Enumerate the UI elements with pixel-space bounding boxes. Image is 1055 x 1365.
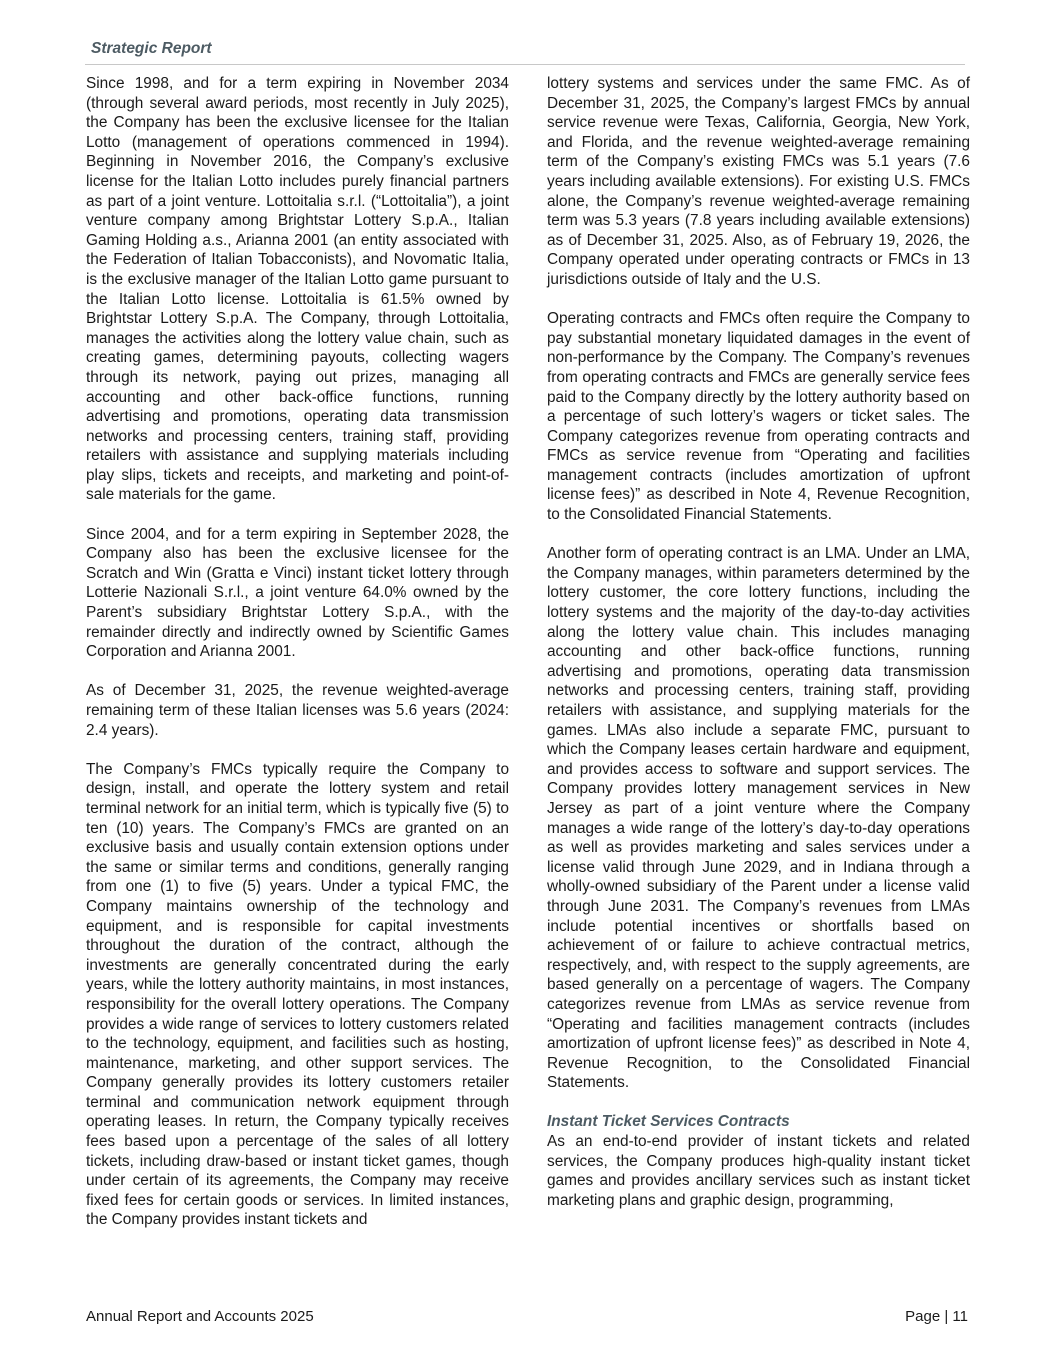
paragraph-scratch-and-win: Since 2004, and for a term expiring in S… <box>86 525 509 662</box>
right-column: lottery systems and services under the s… <box>547 74 970 1230</box>
paragraph-fmcs: The Company’s FMCs typically require the… <box>86 760 509 1230</box>
body-columns: Since 1998, and for a term expiring in N… <box>86 74 970 1230</box>
paragraph-instant-tickets: As an end-to-end provider of instant tic… <box>547 1132 970 1210</box>
paragraph-italian-license-term: As of December 31, 2025, the revenue wei… <box>86 681 509 740</box>
left-column: Since 1998, and for a term expiring in N… <box>86 74 509 1230</box>
paragraph-italian-lotto: Since 1998, and for a term expiring in N… <box>86 74 509 505</box>
footer-report-title: Annual Report and Accounts 2025 <box>86 1308 314 1325</box>
paragraph-lma: Another form of operating contract is an… <box>547 544 970 1093</box>
section-title: Strategic Report <box>91 40 212 58</box>
page-number: Page | 11 <box>905 1308 968 1325</box>
subheading-instant-ticket-services: Instant Ticket Services Contracts <box>547 1112 970 1132</box>
paragraph-operating-contracts: Operating contracts and FMCs often requi… <box>547 309 970 525</box>
page-header: Strategic Report <box>85 38 965 65</box>
paragraph-fmc-continued: lottery systems and services under the s… <box>547 74 970 290</box>
